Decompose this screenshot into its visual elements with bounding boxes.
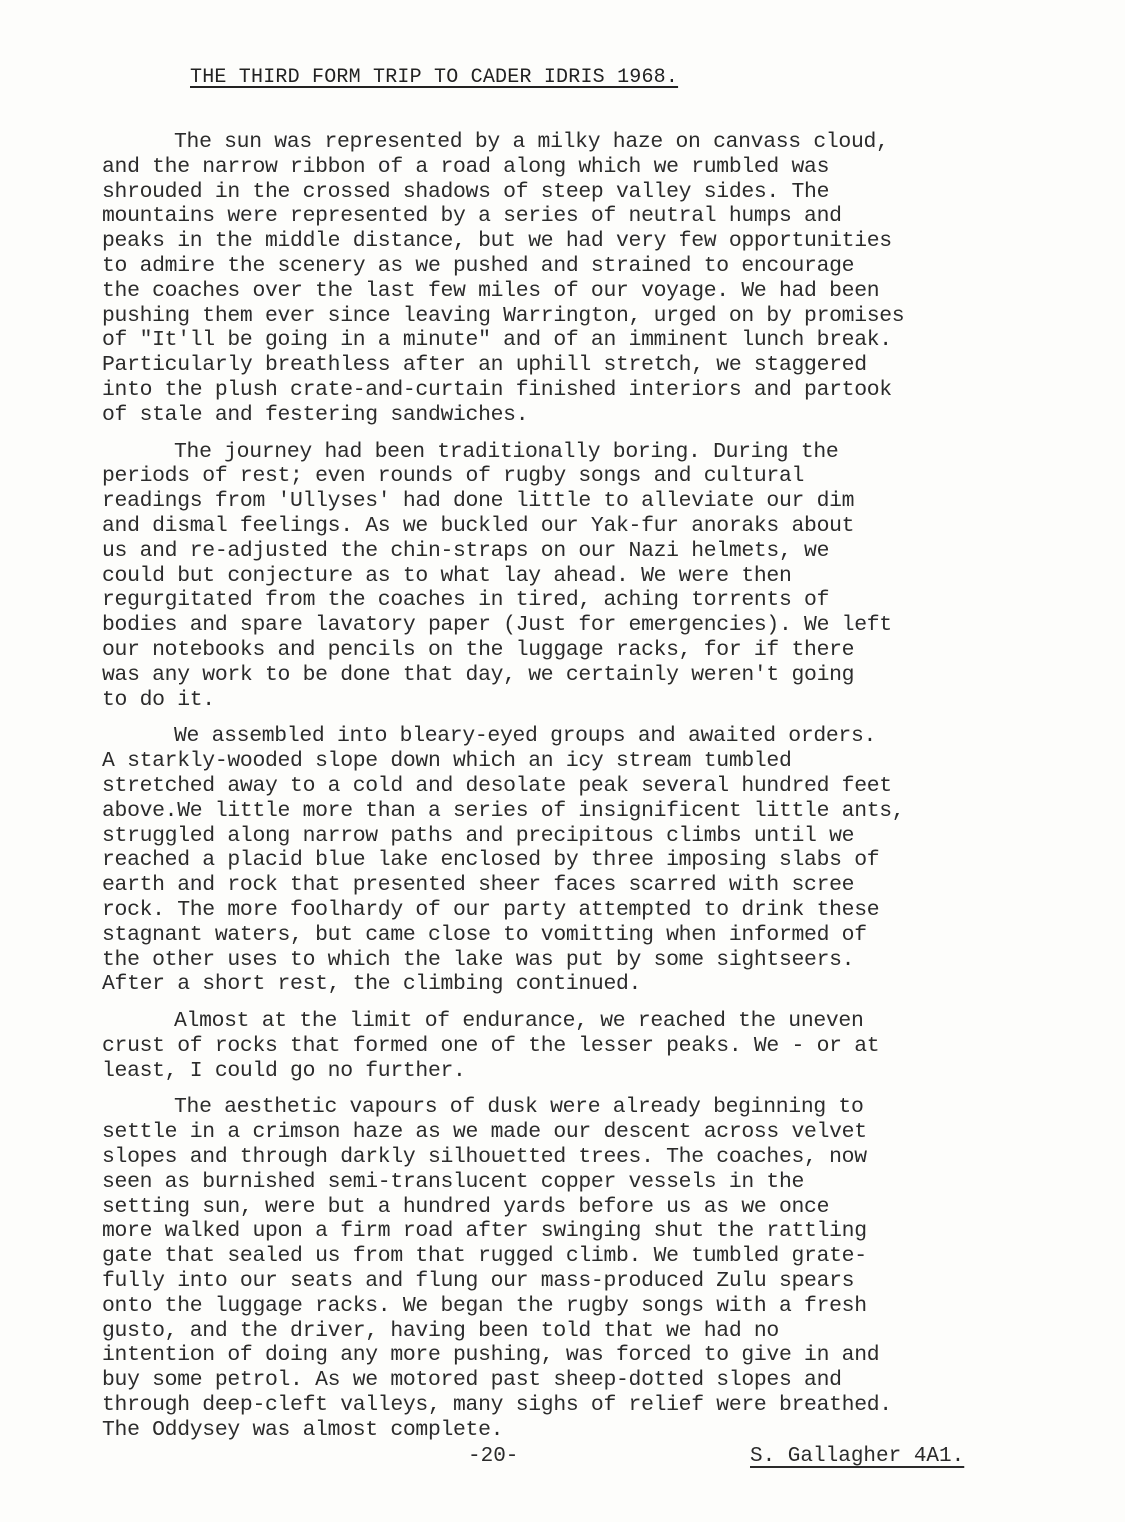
text-line: mountains were represented by a series o…: [102, 204, 1062, 229]
text-line: gate that sealed us from that rugged cli…: [102, 1244, 1062, 1269]
text-line: seen as burnished semi-translucent coppe…: [102, 1170, 1062, 1195]
text-line: After a short rest, the climbing continu…: [102, 972, 1062, 997]
paragraph: The aesthetic vapours of dusk were alrea…: [102, 1095, 1062, 1442]
text-line: Particularly breathless after an uphill …: [102, 353, 1062, 378]
text-line: regurgitated from the coaches in tired, …: [102, 588, 1062, 613]
text-line: fully into our seats and flung our mass-…: [102, 1269, 1062, 1294]
text-line: setting sun, were but a hundred yards be…: [102, 1195, 1062, 1220]
text-line: pushing them ever since leaving Warringt…: [102, 304, 1062, 329]
text-line: was any work to be done that day, we cer…: [102, 663, 1062, 688]
text-line: peaks in the middle distance, but we had…: [102, 229, 1062, 254]
document-body: The sun was represented by a milky haze …: [102, 130, 1062, 1455]
text-line: and the narrow ribbon of a road along wh…: [102, 155, 1062, 180]
text-line: stagnant waters, but came close to vomit…: [102, 923, 1062, 948]
page-footer: -20- S. Gallagher 4A1.: [0, 1445, 1125, 1475]
page-number: -20-: [468, 1445, 518, 1468]
text-line: and dismal feelings. As we buckled our Y…: [102, 514, 1062, 539]
text-line: intention of doing any more pushing, was…: [102, 1343, 1062, 1368]
text-line: rock. The more foolhardy of our party at…: [102, 898, 1062, 923]
document-title: THE THIRD FORM TRIP TO CADER IDRIS 1968.: [190, 66, 678, 89]
text-line: into the plush crate-and-curtain finishe…: [102, 378, 1062, 403]
document-page: THE THIRD FORM TRIP TO CADER IDRIS 1968.…: [0, 0, 1125, 1522]
text-line: A starkly-wooded slope down which an icy…: [102, 749, 1062, 774]
text-line: stretched away to a cold and desolate pe…: [102, 774, 1062, 799]
text-line: of stale and festering sandwiches.: [102, 403, 1062, 428]
text-line: least, I could go no further.: [102, 1059, 1062, 1084]
paragraph: We assembled into bleary-eyed groups and…: [102, 724, 1062, 997]
text-line: We assembled into bleary-eyed groups and…: [102, 724, 1062, 749]
text-line: bodies and spare lavatory paper (Just fo…: [102, 613, 1062, 638]
text-line: The Oddysey was almost complete.: [102, 1418, 1062, 1443]
text-line: reached a placid blue lake enclosed by t…: [102, 848, 1062, 873]
text-line: of "It'll be going in a minute" and of a…: [102, 328, 1062, 353]
text-line: periods of rest; even rounds of rugby so…: [102, 464, 1062, 489]
text-line: more walked upon a firm road after swing…: [102, 1219, 1062, 1244]
text-line: buy some petrol. As we motored past shee…: [102, 1368, 1062, 1393]
text-line: above.We little more than a series of in…: [102, 799, 1062, 824]
text-line: readings from 'Ullyses' had done little …: [102, 489, 1062, 514]
text-line: to do it.: [102, 688, 1062, 713]
text-line: onto the luggage racks. We began the rug…: [102, 1294, 1062, 1319]
text-line: The sun was represented by a milky haze …: [102, 130, 1062, 155]
text-line: through deep-cleft valleys, many sighs o…: [102, 1393, 1062, 1418]
paragraph: The journey had been traditionally borin…: [102, 440, 1062, 713]
text-line: could but conjecture as to what lay ahea…: [102, 564, 1062, 589]
text-line: gusto, and the driver, having been told …: [102, 1319, 1062, 1344]
text-line: Almost at the limit of endurance, we rea…: [102, 1009, 1062, 1034]
text-line: struggled along narrow paths and precipi…: [102, 824, 1062, 849]
text-line: The journey had been traditionally borin…: [102, 440, 1062, 465]
text-line: The aesthetic vapours of dusk were alrea…: [102, 1095, 1062, 1120]
text-line: our notebooks and pencils on the luggage…: [102, 638, 1062, 663]
text-line: us and re-adjusted the chin-straps on ou…: [102, 539, 1062, 564]
text-line: settle in a crimson haze as we made our …: [102, 1120, 1062, 1145]
text-line: crust of rocks that formed one of the le…: [102, 1034, 1062, 1059]
author-signature: S. Gallagher 4A1.: [750, 1445, 964, 1468]
text-line: the other uses to which the lake was put…: [102, 948, 1062, 973]
text-line: to admire the scenery as we pushed and s…: [102, 254, 1062, 279]
text-line: earth and rock that presented sheer face…: [102, 873, 1062, 898]
text-line: slopes and through darkly silhouetted tr…: [102, 1145, 1062, 1170]
text-line: shrouded in the crossed shadows of steep…: [102, 180, 1062, 205]
text-line: the coaches over the last few miles of o…: [102, 279, 1062, 304]
paragraph: Almost at the limit of endurance, we rea…: [102, 1009, 1062, 1083]
paragraph: The sun was represented by a milky haze …: [102, 130, 1062, 428]
